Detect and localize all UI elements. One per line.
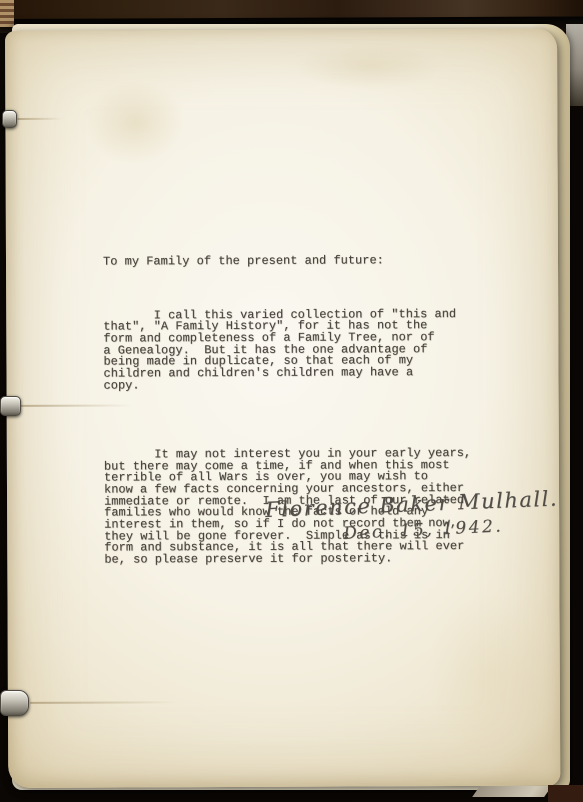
album-cover-corner <box>548 785 583 802</box>
letter-paragraph: I call this varied collection of "this a… <box>103 308 488 392</box>
page-crease <box>30 701 178 704</box>
paper-stain <box>295 43 445 90</box>
scanned-album-page: To my Family of the present and future: … <box>0 0 583 802</box>
binder-post-icon <box>0 396 21 416</box>
paper-stain <box>427 589 548 760</box>
binding-tape-icon <box>0 0 14 27</box>
binder-post-icon <box>0 690 29 716</box>
binder-post-icon <box>2 110 17 128</box>
background-sliver-bottom <box>472 786 552 797</box>
letter-salutation: To my Family of the present and future: <box>103 255 488 268</box>
page-crease <box>17 118 61 120</box>
letter-page: To my Family of the present and future: … <box>5 29 560 788</box>
paper-stain <box>85 80 185 165</box>
